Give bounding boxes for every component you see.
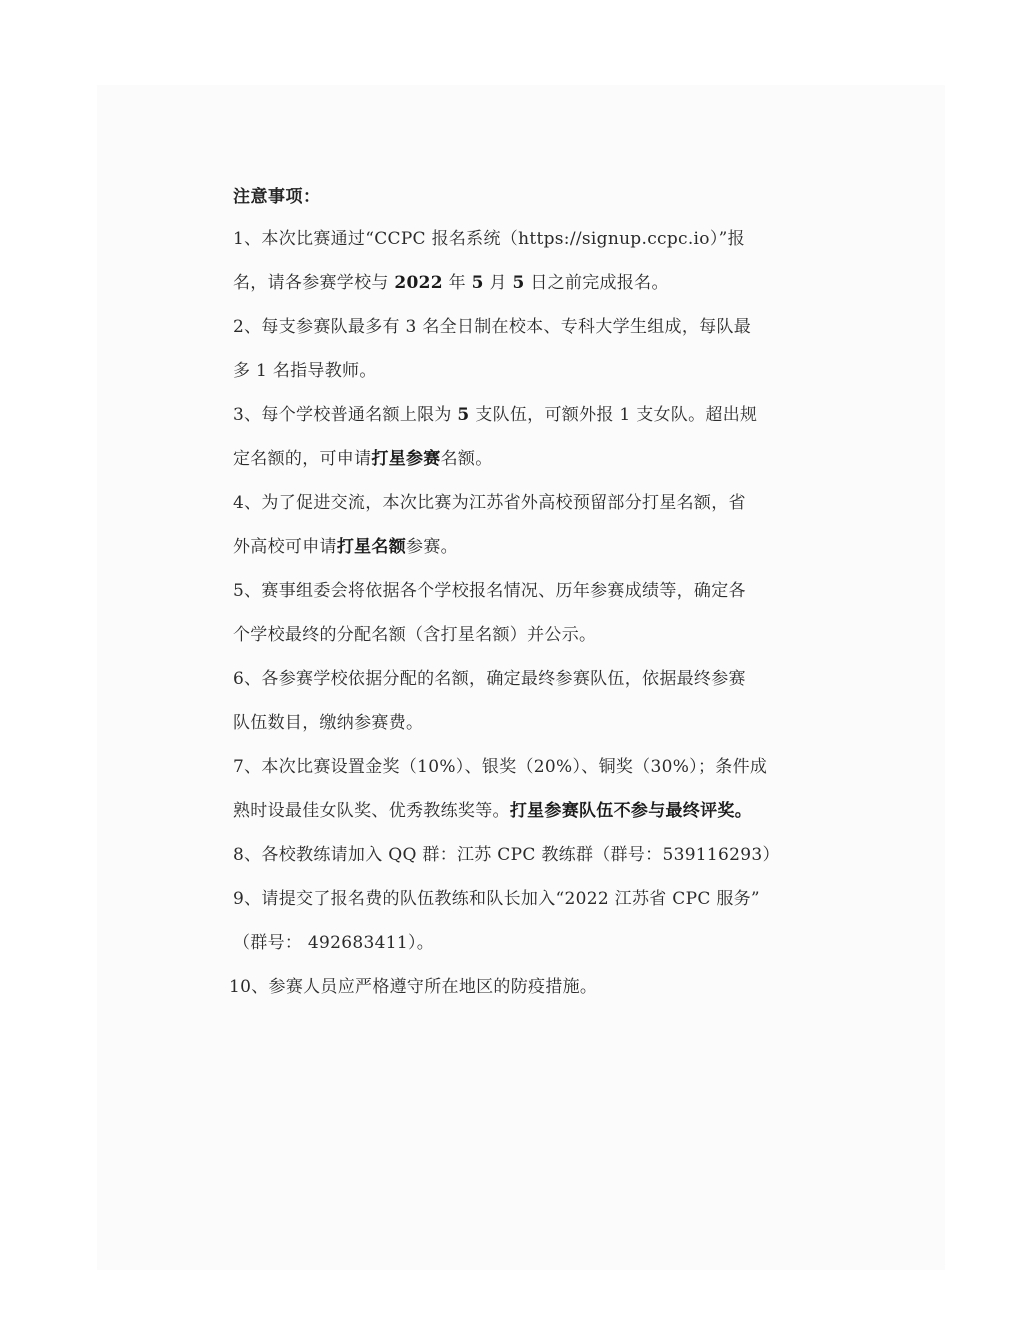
notice-line: 熟时设最佳女队奖、优秀教练奖等。打星参赛队伍不参与最终评奖。: [233, 796, 813, 840]
text-segment: 10、参赛人员应严格遵守所在地区的防疫措施。: [229, 977, 597, 997]
text-segment: 外高校可申请: [233, 537, 337, 557]
emphasized-text: 打星参赛队伍不参与最终评奖。: [510, 801, 752, 821]
notice-line: 名，请各参赛学校与 2022 年 5 月 5 日之前完成报名。: [233, 268, 813, 312]
notice-line: 个学校最终的分配名额（含打星名额）并公示。: [233, 620, 813, 664]
notice-item-3: 3、每个学校普通名额上限为 5 支队伍，可额外报 1 支女队。超出规定名额的，可…: [233, 400, 813, 488]
emphasized-text: 打星参赛: [371, 449, 440, 469]
notice-item-2: 2、每支参赛队最多有 3 名全日制在校本、专科大学生组成，每队最多 1 名指导教…: [233, 312, 813, 400]
notice-item-5: 5、赛事组委会将依据各个学校报名情况、历年参赛成绩等，确定各个学校最终的分配名额…: [233, 576, 813, 664]
notice-line: 定名额的，可申请打星参赛名额。: [233, 444, 813, 488]
text-segment: 5、赛事组委会将依据各个学校报名情况、历年参赛成绩等，确定各: [233, 581, 746, 601]
notice-item-6: 6、各参赛学校依据分配的名额，确定最终参赛队伍，依据最终参赛队伍数目，缴纳参赛费…: [233, 664, 813, 752]
text-segment: 月: [484, 273, 513, 293]
notice-line: 6、各参赛学校依据分配的名额，确定最终参赛队伍，依据最终参赛: [233, 664, 813, 708]
text-segment: 个学校最终的分配名额（含打星名额）并公示。: [233, 625, 596, 645]
text-segment: 7、本次比赛设置金奖（10%）、银奖（20%）、铜奖（30%）；条件成: [233, 757, 767, 777]
text-segment: 名额。: [441, 449, 493, 469]
text-segment: 1、本次比赛通过“CCPC 报名系统（https://signup.ccpc.i…: [233, 229, 745, 249]
text-segment: 9、请提交了报名费的队伍教练和队长加入“2022 江苏省 CPC 服务”: [233, 889, 760, 909]
notice-line: 7、本次比赛设置金奖（10%）、银奖（20%）、铜奖（30%）；条件成: [233, 752, 813, 796]
notice-line: 9、请提交了报名费的队伍教练和队长加入“2022 江苏省 CPC 服务”: [233, 884, 813, 928]
notice-line: 多 1 名指导教师。: [233, 356, 813, 400]
text-segment: 支队伍，可额外报 1 支女队。超出规: [470, 405, 758, 425]
notice-line: （群号： 492683411）。: [233, 928, 813, 972]
emphasized-text: 5: [513, 273, 525, 293]
text-segment: 参赛。: [406, 537, 458, 557]
text-segment: 3、每个学校普通名额上限为: [233, 405, 457, 425]
notice-line: 3、每个学校普通名额上限为 5 支队伍，可额外报 1 支女队。超出规: [233, 400, 813, 444]
notice-item-8: 8、各校教练请加入 QQ 群：江苏 CPC 教练群（群号：539116293）: [233, 840, 813, 884]
emphasized-text: 5: [457, 405, 469, 425]
text-segment: 年: [443, 273, 472, 293]
text-segment: 熟时设最佳女队奖、优秀教练奖等。: [233, 801, 510, 821]
text-segment: 4、为了促进交流，本次比赛为江苏省外高校预留部分打星名额，省: [233, 493, 746, 513]
emphasized-text: 打星名额: [337, 537, 406, 557]
notice-line: 10、参赛人员应严格遵守所在地区的防疫措施。: [229, 972, 813, 1016]
notice-line: 队伍数目，缴纳参赛费。: [233, 708, 813, 752]
emphasized-text: 5: [472, 273, 484, 293]
notice-item-4: 4、为了促进交流，本次比赛为江苏省外高校预留部分打星名额，省外高校可申请打星名额…: [233, 488, 813, 576]
notice-item-9: 9、请提交了报名费的队伍教练和队长加入“2022 江苏省 CPC 服务”（群号：…: [233, 884, 813, 972]
notice-content: 注意事项： 1、本次比赛通过“CCPC 报名系统（https://signup.…: [233, 182, 813, 1016]
text-segment: 多 1 名指导教师。: [233, 361, 377, 381]
text-segment: 8、各校教练请加入 QQ 群：江苏 CPC 教练群（群号：539116293）: [233, 845, 780, 865]
notice-line: 5、赛事组委会将依据各个学校报名情况、历年参赛成绩等，确定各: [233, 576, 813, 620]
notice-line: 4、为了促进交流，本次比赛为江苏省外高校预留部分打星名额，省: [233, 488, 813, 532]
notice-list: 1、本次比赛通过“CCPC 报名系统（https://signup.ccpc.i…: [233, 224, 813, 1016]
notice-line: 1、本次比赛通过“CCPC 报名系统（https://signup.ccpc.i…: [233, 224, 813, 268]
text-segment: 6、各参赛学校依据分配的名额，确定最终参赛队伍，依据最终参赛: [233, 669, 746, 689]
notice-heading: 注意事项：: [233, 182, 813, 212]
emphasized-text: 2022: [394, 273, 443, 293]
text-segment: 2、每支参赛队最多有 3 名全日制在校本、专科大学生组成，每队最: [233, 317, 751, 337]
text-segment: 队伍数目，缴纳参赛费。: [233, 713, 423, 733]
notice-line: 8、各校教练请加入 QQ 群：江苏 CPC 教练群（群号：539116293）: [233, 840, 813, 884]
text-segment: 日之前完成报名。: [525, 273, 669, 293]
text-segment: 名，请各参赛学校与: [233, 273, 394, 293]
text-segment: （群号： 492683411）。: [233, 933, 434, 953]
notice-line: 外高校可申请打星名额参赛。: [233, 532, 813, 576]
notice-item-7: 7、本次比赛设置金奖（10%）、银奖（20%）、铜奖（30%）；条件成熟时设最佳…: [233, 752, 813, 840]
notice-item-1: 1、本次比赛通过“CCPC 报名系统（https://signup.ccpc.i…: [233, 224, 813, 312]
notice-item-10: 10、参赛人员应严格遵守所在地区的防疫措施。: [229, 972, 813, 1016]
text-segment: 定名额的，可申请: [233, 449, 371, 469]
notice-line: 2、每支参赛队最多有 3 名全日制在校本、专科大学生组成，每队最: [233, 312, 813, 356]
